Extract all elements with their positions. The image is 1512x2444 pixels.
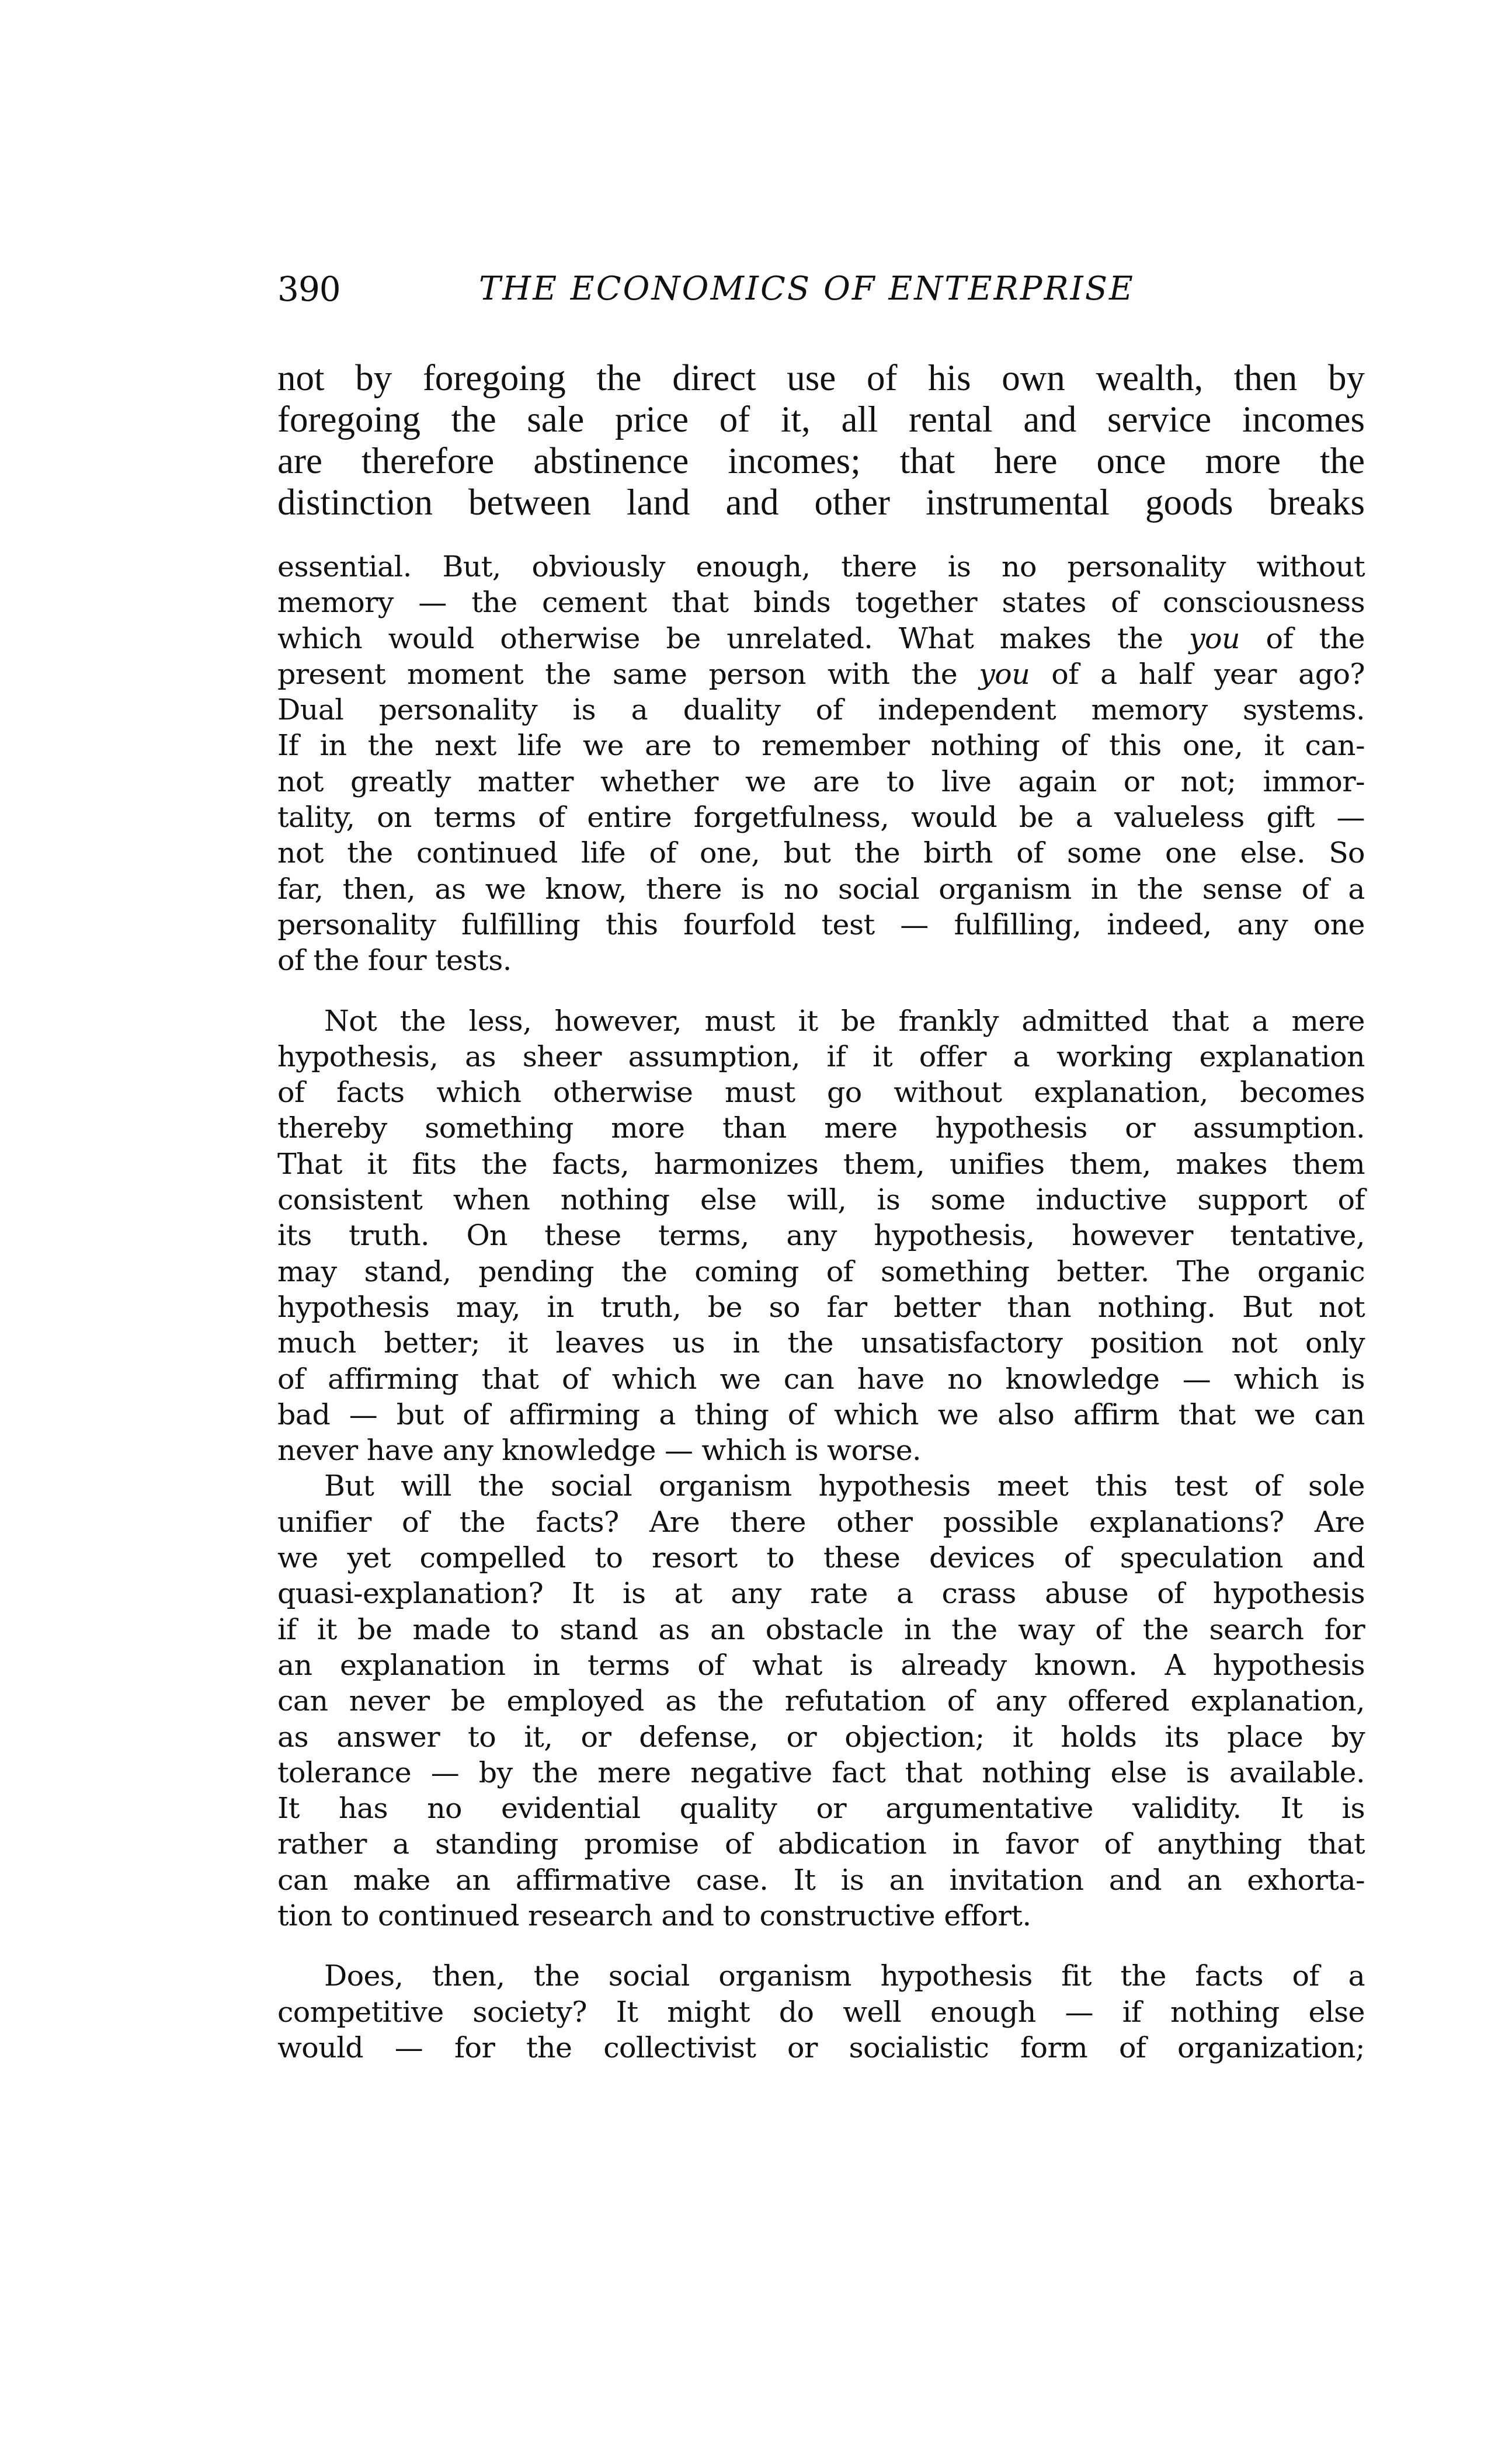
text-line: if it be made to stand as an obstacle in… [277,1612,1365,1647]
paragraph-sole-unifier: But will the social organism hypothesis … [277,1468,1365,1934]
text-line: personality fulfilling this fourfold tes… [277,907,1365,943]
text-line: much better; it leaves us in the unsatis… [277,1325,1365,1361]
text-line: can make an affirmative case. It is an i… [277,1862,1365,1898]
text-line: can never be employed as the refutation … [277,1683,1365,1719]
text-line: not greatly matter whether we are to liv… [277,764,1365,799]
text-line: not the continued life of one, but the b… [277,835,1365,871]
text-line: rather a standing promise of abdication … [277,1826,1365,1862]
text-line: tion to continued research and to constr… [277,1898,1365,1934]
paragraph-memory: essential. But, obviously enough, there … [277,549,1365,979]
book-page: 390 THE ECONOMICS OF ENTERPRISE not by f… [0,0,1512,2444]
text-line: of the four tests. [277,943,1365,978]
inset-line: foregoing the sale price of it, all rent… [277,399,1365,440]
text-line: tolerance — by the mere negative fact th… [277,1755,1365,1791]
text-line: It has no evidential quality or argument… [277,1791,1365,1826]
italic-you: you [1189,622,1240,655]
running-head: 390 THE ECONOMICS OF ENTERPRISE [277,266,1364,312]
inset-line: are therefore abstinence incomes; that h… [277,440,1365,482]
inset-line: distinction between land and other instr… [277,482,1365,523]
text-fragment: which would otherwise be unrelated. What… [277,622,1163,655]
text-line: Does, then, the social organism hypothes… [277,1958,1365,1994]
text-line: far, then, as we know, there is no socia… [277,871,1365,907]
text-line: which would otherwise be unrelated. What… [277,621,1365,656]
text-line: may stand, pending the coming of somethi… [277,1254,1365,1289]
text-line: bad — but of affirming a thing of which … [277,1397,1365,1433]
text-line: we yet compelled to resort to these devi… [277,1540,1365,1576]
text-line: That it fits the facts, harmonizes them,… [277,1146,1365,1182]
page-number: 390 [277,266,340,312]
inset-line: not by foregoing the direct use of his o… [277,357,1365,399]
text-line: Not the less, however, must it be frankl… [277,1003,1365,1039]
paragraph-competitive-society: Does, then, the social organism hypothes… [277,1958,1365,2066]
text-line: as answer to it, or defense, or objectio… [277,1719,1365,1755]
text-line: hypothesis, as sheer assumption, if it o… [277,1039,1365,1075]
text-line: never have any knowledge — which is wors… [277,1433,1365,1468]
text-line: Dual personality is a duality of indepen… [277,692,1365,728]
text-fragment: of the [1266,622,1365,655]
body-text: essential. But, obviously enough, there … [277,549,1365,2066]
text-line: competitive society? It might do well en… [277,1994,1365,2030]
paragraph-hypothesis: Not the less, however, must it be frankl… [277,1003,1365,1469]
text-line: present moment the same person with the … [277,656,1365,692]
text-line: of affirming that of which we can have n… [277,1361,1365,1397]
inset-passage: not by foregoing the direct use of his o… [277,357,1365,523]
text-line: unifier of the facts? Are there other po… [277,1504,1365,1540]
italic-you: you [979,658,1030,691]
text-line: tality, on terms of entire forgetfulness… [277,799,1365,835]
text-line: an explanation in terms of what is alrea… [277,1647,1365,1683]
text-fragment: of a half year ago? [1051,658,1365,691]
text-fragment: present moment the same person with the [277,658,957,691]
text-line: hypothesis may, in truth, be so far bett… [277,1289,1365,1325]
text-line: quasi-explanation? It is at any rate a c… [277,1576,1365,1611]
text-line: its truth. On these terms, any hypothesi… [277,1218,1365,1253]
text-line: memory — the cement that binds together … [277,585,1365,620]
text-line: would — for the collectivist or socialis… [277,2030,1365,2066]
text-line: essential. But, obviously enough, there … [277,549,1365,585]
text-line: But will the social organism hypothesis … [277,1468,1365,1504]
running-title: THE ECONOMICS OF ENTERPRISE [479,266,1135,312]
text-line: thereby something more than mere hypothe… [277,1110,1365,1146]
text-line: If in the next life we are to remember n… [277,728,1365,763]
text-line: consistent when nothing else will, is so… [277,1182,1365,1218]
text-line: of facts which otherwise must go without… [277,1075,1365,1110]
